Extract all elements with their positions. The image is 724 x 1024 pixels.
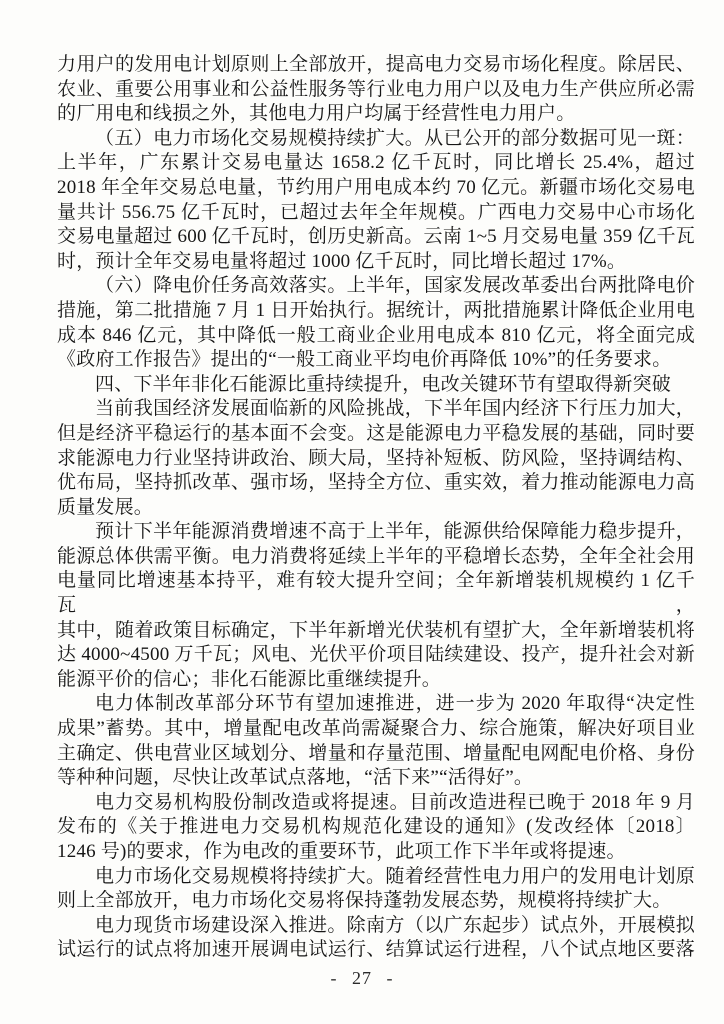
text-line: 主确定、供电营业区域划分、增量和存量范围、增量配电网配电价格、身份 [57, 742, 695, 767]
text-line: 则上全部放开，电力市场化交易将保持蓬勃发展态势，规模将持续扩大。 [57, 889, 695, 914]
text-line: 电力交易机构股份制改造或将提速。目前改造进程已晚于 2018 年 9 月 [57, 791, 695, 816]
text-line: 其中，随着政策目标确定，下半年新增光伏装机有望扩大，全年新增装机将 [57, 619, 695, 644]
text-line: 试运行的试点将加速开展调电试运行、结算试运行进程，八个试点地区要落 [57, 938, 695, 963]
text-line: 但是经济平稳运行的基本面不会变。这是能源电力平稳发展的基础，同时要 [57, 422, 695, 447]
text-line: （五）电力市场化交易规模持续扩大。从已公开的部分数据可见一斑： [57, 127, 695, 152]
text-line: 时，预计全年交易电量将超过 1000 亿千瓦时，同比增长超过 17%。 [57, 250, 695, 275]
text-line: 《政府工作报告》提出的“一般工商业平均电价再降低 10%”的任务要求。 [57, 348, 695, 373]
text-line: 能源总体供需平衡。电力消费将延续上半年的平稳增长态势，全年全社会用 [57, 545, 695, 570]
text-line: 电力现货市场建设深入推进。除南方（以广东起步）试点外，开展模拟 [57, 914, 695, 939]
text-line: 成果”蓄势。其中，增量配电改革尚需凝聚合力、综合施策，解决好项目业 [57, 717, 695, 742]
text-line: 2018 年全年交易总电量，节约用户用电成本约 70 亿元。新疆市场化交易电 [57, 176, 695, 201]
text-line: 量共计 556.75 亿千瓦时，已超过去年全年规模。广西电力交易中心市场化 [57, 201, 695, 226]
text-line: 措施，第二批措施 7 月 1 日开始执行。据统计，两批措施累计降低企业用电 [57, 299, 695, 324]
text-line: 农业、重要公用事业和公益性服务等行业电力用户以及电力生产供应所必需 [57, 78, 695, 103]
text-line: 电力体制改革部分环节有望加速推进，进一步为 2020 年取得“决定性 [57, 692, 695, 717]
section-heading-line: 四、下半年非化石能源比重持续提升，电改关键环节有望取得新突破 [57, 373, 695, 398]
document-body: 力用户的发用电计划原则上全部放开，提高电力交易市场化程度。除居民、农业、重要公用… [57, 53, 695, 963]
text-line: 电力市场化交易规模将持续扩大。随着经营性电力用户的发用电计划原 [57, 865, 695, 890]
text-line: 能源平价的信心；非化石能源比重继续提升。 [57, 668, 695, 693]
text-line: 达 4000~4500 万千瓦；风电、光伏平价项目陆续建设、投产，提升社会对新 [57, 643, 695, 668]
text-line: 上半年，广东累计交易电量达 1658.2 亿千瓦时，同比增长 25.4%，超过 [57, 151, 695, 176]
text-line: 交易电量超过 600 亿千瓦时，创历史新高。云南 1~5 月交易电量 359 亿… [57, 225, 695, 250]
text-line: 当前我国经济发展面临新的风险挑战，下半年国内经济下行压力加大， [57, 397, 695, 422]
text-line: 的厂用电和线损之外，其他电力用户均属于经营性电力用户。 [57, 102, 695, 127]
text-line: 质量发展。 [57, 496, 695, 521]
text-line: 1246 号)的要求，作为电改的重要环节，此项工作下半年或将提速。 [57, 840, 695, 865]
page-number: - 27 - [0, 966, 724, 990]
text-line: 求能源电力行业坚持讲政治、顾大局，坚持补短板、防风险，坚持调结构、 [57, 447, 695, 472]
text-line: 优布局，坚持抓改革、强市场，坚持全方位、重实效，着力推动能源电力高 [57, 471, 695, 496]
text-line: 力用户的发用电计划原则上全部放开，提高电力交易市场化程度。除居民、 [57, 53, 695, 78]
text-line: 预计下半年能源消费增速不高于上半年，能源供给保障能力稳步提升， [57, 520, 695, 545]
text-line: 发布的《关于推进电力交易机构规范化建设的通知》(发改经体〔2018〕 [57, 815, 695, 840]
text-line: （六）降电价任务高效落实。上半年，国家发展改革委出台两批降电价 [57, 274, 695, 299]
text-line: 成本 846 亿元，其中降低一般工商业企业用电成本 810 亿元，将全面完成 [57, 324, 695, 349]
text-line: 等种种问题，尽快让改革试点落地，“活下来”“活得好”。 [57, 766, 695, 791]
text-line: 电量同比增速基本持平，难有较大提升空间；全年新增装机规模约 1 亿千瓦， [57, 569, 695, 618]
document-page: 力用户的发用电计划原则上全部放开，提高电力交易市场化程度。除居民、农业、重要公用… [0, 0, 724, 1024]
